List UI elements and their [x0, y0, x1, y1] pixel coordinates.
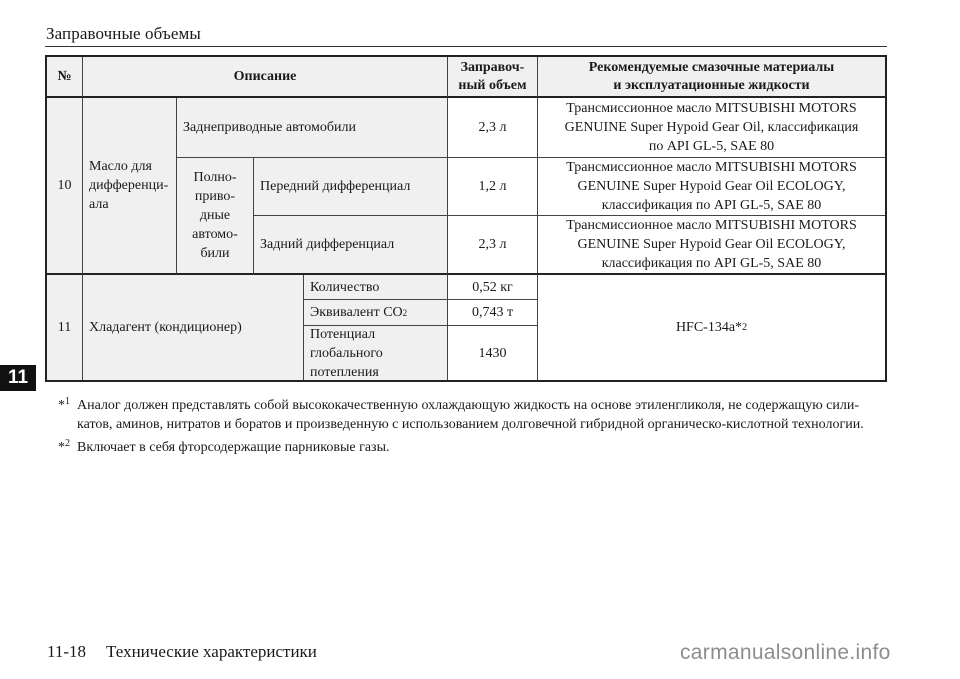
header-description: Описание: [83, 57, 448, 98]
footnote-line: Аналог должен представлять собой высокок…: [77, 396, 888, 415]
row-11-fluid: HFC-134a*2: [538, 275, 885, 380]
row-11-gwp-label: Потенциал глобального потепления: [304, 326, 448, 380]
fluid-line: классификация по API GL-5, SAE 80: [566, 196, 856, 215]
row-10-rear-diff-label: Задний дифференциал: [254, 216, 448, 275]
gwp-line: потепления: [310, 363, 383, 382]
fluid-line: по API GL-5, SAE 80: [565, 137, 859, 156]
fluid-line: GENUINE Super Hypoid Gear Oil, классифик…: [565, 118, 859, 137]
footnote-line: катов, аминов, нитратов и боратов и прои…: [77, 415, 888, 434]
row-10-front-diff-fluid: Трансмиссионное масло MITSUBISHI MOTORS …: [538, 158, 885, 216]
row-10-rwd-label: Заднеприводные автомобили: [177, 98, 448, 158]
footnotes: *1 Аналог должен представлять собой высо…: [58, 396, 888, 461]
row-10-description-line: ала: [89, 195, 168, 214]
page-footer: 11-18Технические характеристики: [47, 642, 317, 662]
row-10-description-line: Масло для: [89, 157, 168, 176]
group-line: дные: [192, 206, 238, 225]
row-10-rear-diff-fluid: Трансмиссионное масло MITSUBISHI MOTORS …: [538, 216, 885, 275]
group-line: били: [192, 244, 238, 263]
watermark: carmanualsonline.info: [680, 641, 891, 665]
row-11-description: Хладагент (кондиционер): [83, 275, 304, 380]
row-11-number: 11: [47, 275, 83, 380]
footnote-line: Включает в себя фторсодержащие парниковы…: [77, 438, 888, 457]
row-10-rwd-volume: 2,3 л: [448, 98, 538, 158]
row-10-rear-diff-volume: 2,3 л: [448, 216, 538, 275]
page-number: 11-18: [47, 642, 86, 661]
row-10-rwd-fluid: Трансмиссионное масло MITSUBISHI MOTORS …: [538, 98, 885, 158]
fluid-line: Трансмиссионное масло MITSUBISHI MOTORS: [566, 158, 856, 177]
row-10-number: 10: [47, 98, 83, 275]
fluid-line: классификация по API GL-5, SAE 80: [566, 254, 856, 273]
fluid-line: Трансмиссионное масло MITSUBISHI MOTORS: [566, 216, 856, 235]
chapter-tab: 11: [0, 365, 36, 391]
page-title: Заправочные объемы: [46, 24, 201, 44]
capacities-table: № Описание Заправоч- ный объем Рекоменду…: [45, 55, 887, 382]
row-11-co2-label: Эквивалент CO2: [304, 300, 448, 326]
row-10-front-diff-volume: 1,2 л: [448, 158, 538, 216]
refrigerant-name: HFC-134a*: [676, 318, 742, 337]
header-volume: Заправоч- ный объем: [448, 57, 538, 98]
footnote-mark: *1: [58, 396, 70, 415]
chapter-name: Технические характеристики: [106, 642, 317, 661]
footnote-2: *2 Включает в себя фторсодержащие парник…: [58, 438, 888, 457]
footnote-mark: *2: [58, 438, 70, 457]
row-10-front-diff-label: Передний дифференциал: [254, 158, 448, 216]
gwp-line: глобального: [310, 344, 383, 363]
row-11-co2-value: 0,743 т: [448, 300, 538, 326]
row-10-awd-group: Полно- приво- дные автомо- били: [177, 158, 254, 275]
footnote-1: *1 Аналог должен представлять собой высо…: [58, 396, 888, 434]
header-fluids: Рекомендуемые смазочные материалы и эксп…: [538, 57, 885, 98]
row-11-quantity-label: Количество: [304, 275, 448, 300]
row-10-description-line: дифференци-: [89, 176, 168, 195]
title-rule: [45, 46, 887, 47]
row-11-quantity-value: 0,52 кг: [448, 275, 538, 300]
header-number: №: [47, 57, 83, 98]
fluid-line: Трансмиссионное масло MITSUBISHI MOTORS: [565, 99, 859, 118]
group-line: Полно-: [192, 168, 238, 187]
gwp-line: Потенциал: [310, 325, 383, 344]
row-10-description: Масло для дифференци- ала: [83, 98, 177, 275]
co2-label-text: Эквивалент CO: [310, 303, 403, 322]
group-line: автомо-: [192, 225, 238, 244]
row-11-gwp-value: 1430: [448, 326, 538, 380]
group-line: приво-: [192, 187, 238, 206]
fluid-line: GENUINE Super Hypoid Gear Oil ECOLOGY,: [566, 177, 856, 196]
fluid-line: GENUINE Super Hypoid Gear Oil ECOLOGY,: [566, 235, 856, 254]
